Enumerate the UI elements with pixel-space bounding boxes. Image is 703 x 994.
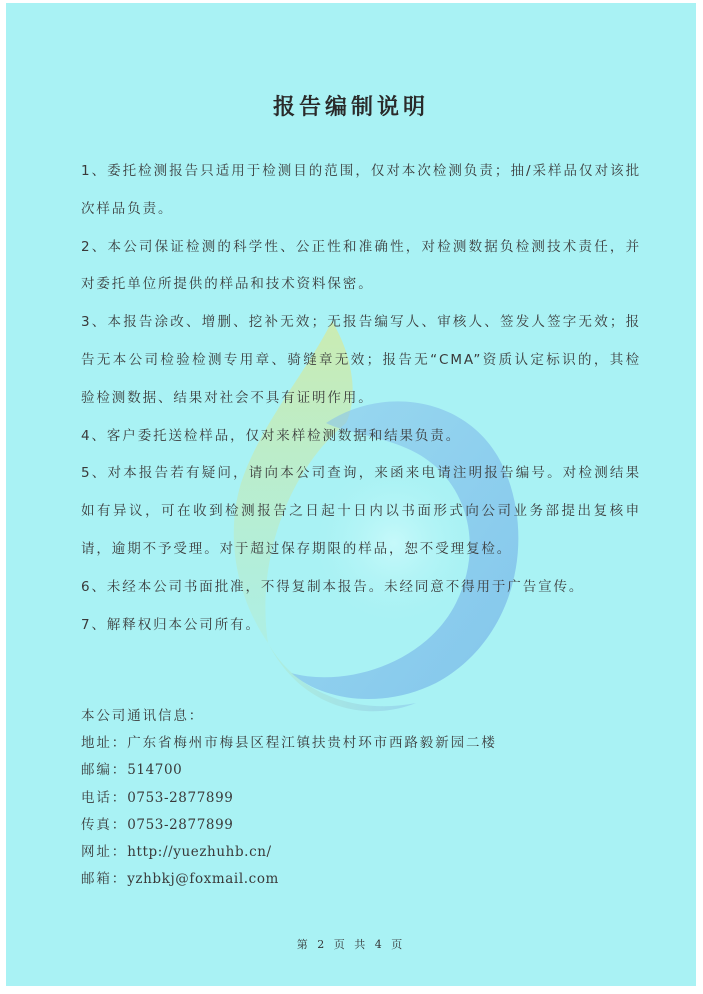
address-value: 广东省梅州市梅县区程江镇扶贵村环市西路毅新园二楼 [127,735,497,751]
website-label: 网址： [81,844,127,860]
phone-value: 0753-2877899 [127,790,233,806]
clause-4: 4、客户委托送检样品，仅对来样检测数据和结果负责。 [81,418,641,456]
postcode-label: 邮编： [81,762,127,778]
contact-website-row: 网址：http://yuezhuhb.cn/ [81,839,641,866]
contact-fax-row: 传真：0753-2877899 [81,812,641,839]
clause-1: 1、委托检测报告只适用于检测目的范围，仅对本次检测负责；抽/采样品仅对该批次样品… [81,153,641,229]
email-label: 邮箱： [81,871,127,887]
fax-value: 0753-2877899 [127,817,233,833]
contact-info: 本公司通讯信息： 地址：广东省梅州市梅县区程江镇扶贵村环市西路毅新园二楼 邮编：… [81,703,641,893]
clause-6: 6、未经本公司书面批准，不得复制本报告。未经同意不得用于广告宣传。 [81,569,641,607]
contact-heading: 本公司通讯信息： [81,703,641,730]
email-link[interactable]: yzhbkj@foxmail.com [127,871,279,887]
clause-2: 2、本公司保证检测的科学性、公正性和准确性，对检测数据负检测技术责任，并对委托单… [81,229,641,305]
website-link[interactable]: http://yuezhuhb.cn/ [127,844,271,860]
postcode-value: 514700 [127,762,182,778]
clause-5: 5、对本报告若有疑问，请向本公司查询，来函来电请注明报告编号。对检测结果如有异议… [81,455,641,568]
contact-postcode-row: 邮编：514700 [81,757,641,784]
fax-label: 传真： [81,817,127,833]
clause-3: 3、本报告涂改、增删、挖补无效；无报告编写人、审核人、签发人签字无效；报告无本公… [81,304,641,417]
document-page: 报告编制说明 1、委托检测报告只适用于检测目的范围，仅对本次检测负责；抽/采样品… [6,3,696,986]
clauses-list: 1、委托检测报告只适用于检测目的范围，仅对本次检测负责；抽/采样品仅对该批次样品… [81,153,641,644]
contact-email-row: 邮箱：yzhbkj@foxmail.com [81,866,641,893]
address-label: 地址： [81,735,127,751]
clause-7: 7、解释权归本公司所有。 [81,607,641,645]
phone-label: 电话： [81,790,127,806]
page-indicator: 第 2 页 共 4 页 [6,936,696,952]
contact-phone-row: 电话：0753-2877899 [81,785,641,812]
page-title: 报告编制说明 [6,90,696,121]
contact-address-row: 地址：广东省梅州市梅县区程江镇扶贵村环市西路毅新园二楼 [81,730,641,757]
